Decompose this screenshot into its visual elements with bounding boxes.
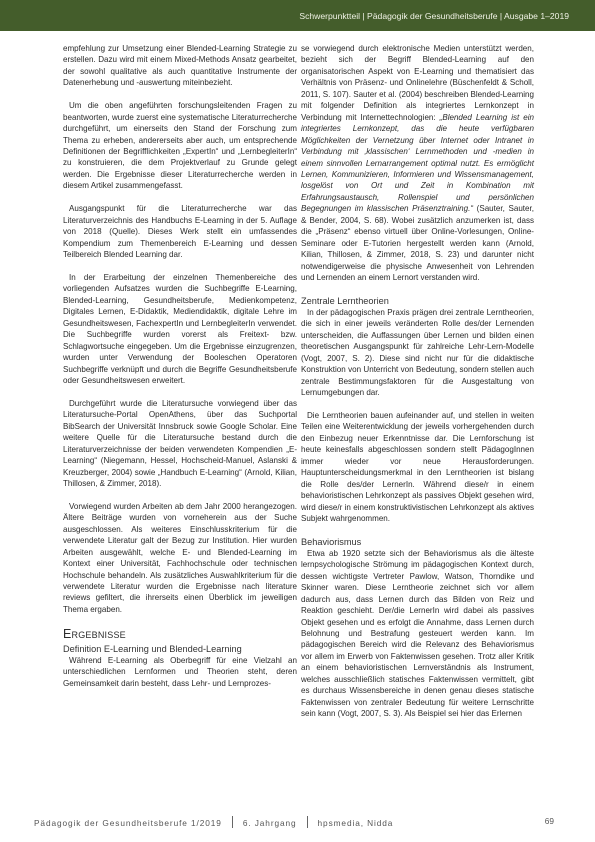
section-heading: Ergebnisse (63, 627, 297, 641)
page-footer: Pädagogik der Gesundheitsberufe 1/20196.… (34, 816, 554, 828)
paragraph: Die Lerntheorien bauen aufeinander auf, … (301, 410, 534, 525)
footer-divider (232, 816, 233, 828)
paragraph: In der Erarbeitung der einzelnen Themenb… (63, 272, 297, 387)
paragraph: Ausgangspunkt für die Literaturrecherche… (63, 203, 297, 260)
paragraph: Während E-Learning als Oberbegriff für e… (63, 655, 297, 689)
paragraph-text: (Sauter, Sauter, & Bender, 2004, S. 68).… (301, 204, 534, 282)
paragraph: Durchgeführt wurde die Literatursuche vo… (63, 398, 297, 490)
footer-volume: 6. Jahrgang (243, 818, 297, 828)
paragraph: empfehlung zur Umsetzung einer Blended-L… (63, 43, 297, 89)
paragraph: Um die oben angeführten forschungsleiten… (63, 100, 297, 192)
left-column: empfehlung zur Umsetzung einer Blended-L… (63, 43, 297, 689)
right-column: se vorwiegend durch elektronische Medien… (301, 43, 534, 720)
paragraph-with-quote: se vorwiegend durch elektronische Medien… (301, 43, 534, 284)
paragraph-text: se vorwiegend durch elektronische Medien… (301, 44, 534, 122)
footer-journal: Pädagogik der Gesundheitsberufe 1/2019 (34, 818, 222, 828)
definition-quote: „Blended Learning ist ein integriertes L… (301, 113, 534, 214)
paragraph: Etwa ab 1920 setzte sich der Behaviorism… (301, 548, 534, 720)
page-number: 69 (545, 816, 554, 826)
paragraph: In der pädagogischen Praxis prägen drei … (301, 307, 534, 399)
footer-divider (307, 816, 308, 828)
paragraph: Vorwiegend wurden Arbeiten ab dem Jahr 2… (63, 501, 297, 616)
running-header-title: Schwerpunktteil | Pädagogik der Gesundhe… (299, 11, 569, 21)
subheading: Zentrale Lerntheorien (301, 295, 534, 307)
running-header-bar: Schwerpunktteil | Pädagogik der Gesundhe… (0, 0, 595, 31)
footer-publisher: hpsmedia, Nidda (318, 818, 394, 828)
subheading: Behaviorismus (301, 536, 534, 548)
subheading: Definition E-Learning und Blended-Learni… (63, 643, 297, 655)
section-heading-text: Ergebnisse (63, 627, 126, 641)
